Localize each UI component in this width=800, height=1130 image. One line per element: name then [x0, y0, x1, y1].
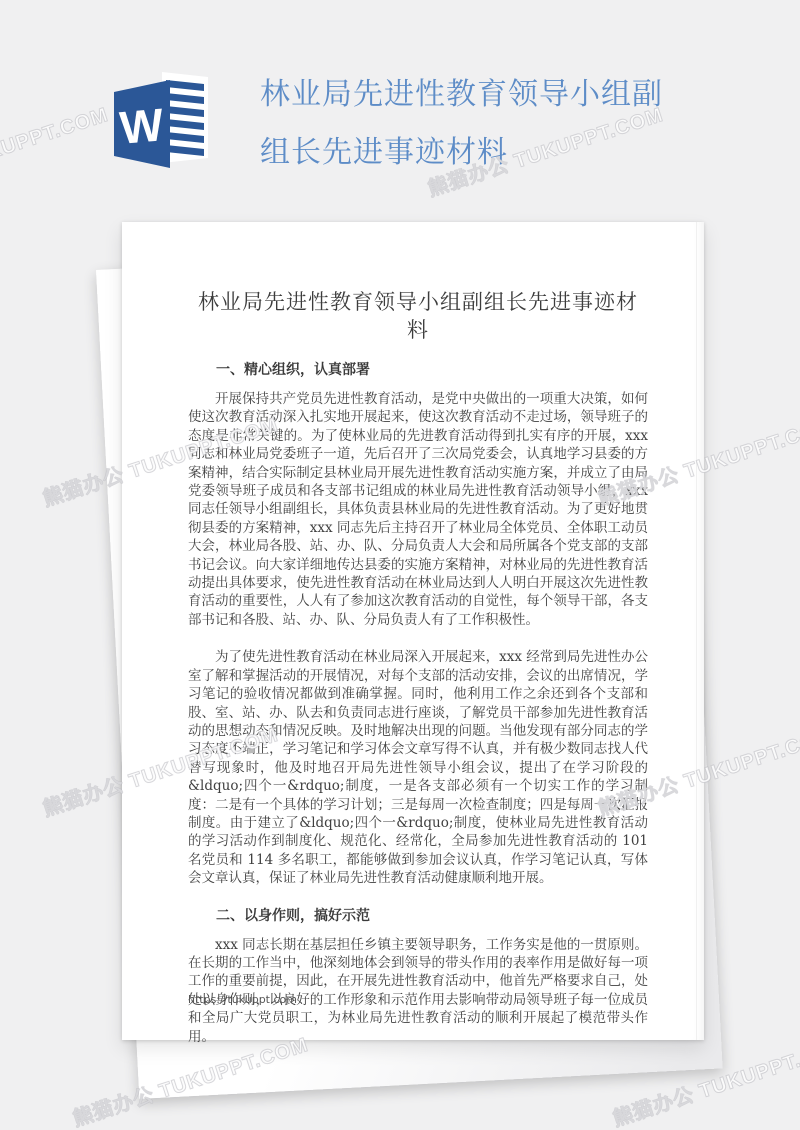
- section-2-paragraph-1: xxx 同志长期在基层担任乡镇主要领导职务，工作务实是他的一贯原则。在长期的工作…: [188, 936, 648, 1046]
- page-title-line-1: 林业局先进性教育领导小组副: [260, 66, 720, 124]
- word-icon-letter: W: [118, 98, 166, 154]
- section-1-paragraph-1: 开展保持共产党员先进性教育活动，是党中央做出的一项重大决策，如何使这次教育活动深…: [188, 390, 648, 629]
- document-title: 林业局先进性教育领导小组副组长先进事迹材料: [188, 288, 648, 344]
- page-title: 林业局先进性教育领导小组副 组长先进事迹材料: [260, 66, 720, 182]
- footer-url: https://tukuppt.com: [188, 993, 297, 1006]
- section-2-heading: 二、以身作则，搞好示范: [188, 907, 648, 926]
- word-icon: W: [100, 62, 218, 176]
- section-1-heading: 一、精心组织，认真部署: [188, 361, 648, 380]
- section-1-paragraph-2: 为了使先进性教育活动在林业局深入开展起来，xxx 经常到局先进性办公室了解和掌握…: [188, 648, 648, 887]
- page-title-line-2: 组长先进事迹材料: [260, 124, 720, 182]
- document-page: 林业局先进性教育领导小组副组长先进事迹材料 一、精心组织，认真部署 开展保持共产…: [122, 222, 704, 1040]
- watermark: 熊猫办公 TUKUPPT.COM: [0, 98, 111, 202]
